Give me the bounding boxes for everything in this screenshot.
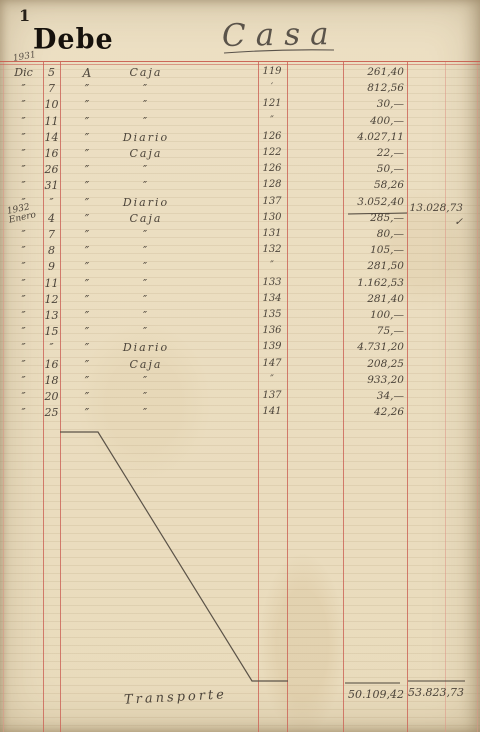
folio-cell: 139 [258,341,286,352]
account-cell: ″ [96,244,196,257]
month-cell: ″ [6,358,41,371]
folio-cell: 135 [258,309,286,320]
account-cell: ″ [96,260,196,273]
ledger-row: ″ 16 ″ Caja 122 22,— [0,147,480,163]
entry-prefix-cell: ″ [80,358,94,372]
ledger-row: ″ 7 ″ ″ ′ 812,56 [0,82,480,98]
entry-prefix-cell: ″ [80,131,94,145]
account-cell: ″ [96,115,196,128]
entry-prefix-cell: ″ [80,325,94,339]
account-cell: ″ [96,163,196,176]
folio-cell: 122 [258,147,286,158]
folio-cell: 130 [258,212,286,223]
day-cell: 7 [43,228,60,241]
ledger-row: ″ 31 ″ ″ 128 58,26 [0,179,480,195]
account-title: Casa [222,16,339,54]
amount-cell: 1.162,53 [338,277,404,289]
day-cell: 9 [43,260,60,273]
day-cell: 15 [43,325,60,338]
day-cell: 4 [43,212,60,225]
entry-prefix-cell: ″ [80,374,94,388]
amount-cell: 812,56 [338,82,404,94]
amount-cell: 75,— [338,325,404,337]
month-cell: ″ [6,244,41,257]
month-cell: ″ [6,115,41,128]
amount-cell: 80,— [338,228,404,240]
day-cell: 10 [43,98,60,111]
day-cell: 16 [43,358,60,371]
month-cell: ″ [6,147,41,160]
account-cell: Caja [96,358,196,371]
month-cell: ″ [6,260,41,273]
ledger-row: ″ 11 ″ ″ ″ 400,— [0,115,480,131]
month-cell: Dic [6,66,41,79]
ledger-row: ″ 14 ″ Diario 126 4.027,11 [0,131,480,147]
folio-cell: 134 [258,293,286,304]
entry-prefix-cell: ″ [80,196,94,210]
account-cell: Caja [96,66,196,79]
month-cell: ″ [6,163,41,176]
ledger-row: ″ 10 ″ ″ 121 30,— [0,98,480,114]
amount-cell: 100,— [338,309,404,321]
entry-prefix-cell: ″ [80,98,94,112]
amount-cell: 208,25 [338,358,404,370]
amount-cell: 105,— [338,244,404,256]
month-cell: ″ [6,341,41,354]
ledger-row: ″ ″ ″ Diario 137 3.052,40 13.028,73 [0,196,480,212]
account-cell: ″ [96,406,196,419]
account-cell: Diario [96,341,196,354]
entry-prefix-cell: ″ [80,341,94,355]
ledger-row: 1932Enero 4 ″ Caja 130 285,— ✓ [0,212,480,228]
entry-prefix-cell: ″ [80,277,94,291]
month-cell: ″ [6,390,41,403]
entry-prefix-cell: ″ [80,293,94,307]
amount-cell: 281,50 [338,260,404,272]
account-cell: ″ [96,325,196,338]
account-cell: ″ [96,82,196,95]
entry-prefix-cell: ″ [80,309,94,323]
amount-cell: 30,— [338,98,404,110]
amount-cell: 4.027,11 [338,131,404,143]
month-cell: ″ [6,82,41,95]
folio-cell: 147 [258,358,286,369]
entry-prefix-cell: ″ [80,260,94,274]
debit-header: Debe [33,23,114,56]
account-cell: ″ [96,390,196,403]
entry-prefix-cell: ″ [80,390,94,404]
month-cell: ″ [6,131,41,144]
amount-cell: 933,20 [338,374,404,386]
amount-cell: 42,26 [338,406,404,418]
amount-cell: 22,— [338,147,404,159]
header-rule-bottom [0,64,480,65]
month-cell: ″ [6,325,41,338]
day-cell: 8 [43,244,60,257]
day-cell: 31 [43,179,60,192]
account-cell: ″ [96,309,196,322]
day-cell: ″ [43,341,60,354]
day-cell: 5 [43,66,60,79]
ledger-row: ″ 13 ″ ″ 135 100,— [0,309,480,325]
account-cell: Diario [96,196,196,209]
day-cell: 11 [43,115,60,128]
day-cell: 25 [43,406,60,419]
folio-cell: 137 [258,390,286,401]
ledger-page: 1 Debe Casa 1931 Dic 5 A Caja 119 261,40… [0,0,480,732]
account-cell: Caja [96,147,196,160]
folio-cell: ′ [258,82,286,93]
month-cell: ″ [6,228,41,241]
day-cell: 14 [43,131,60,144]
entry-prefix-cell: ″ [80,147,94,161]
ledger-row: ″ 25 ″ ″ 141 42,26 [0,406,480,422]
folio-cell: ″ [258,115,286,126]
amount-cell: 50,— [338,163,404,175]
day-cell: 11 [43,277,60,290]
day-cell: 26 [43,163,60,176]
cancellation-line [60,432,288,681]
entry-prefix-cell: ″ [80,179,94,193]
day-cell: ″ [43,196,60,209]
folio-cell: ″ [258,374,286,385]
amount-cell: 58,26 [338,179,404,191]
month-cell: ″ [6,293,41,306]
ledger-row: ″ 26 ″ ″ 126 50,— [0,163,480,179]
carry-forward-total: 53.823,73 [404,686,464,699]
day-cell: 16 [43,147,60,160]
entry-prefix-cell: ″ [80,228,94,242]
folio-cell: 119 [258,66,286,77]
amount-cell: 34,— [338,390,404,402]
account-cell: ″ [96,374,196,387]
ledger-row: ″ 15 ″ ″ 136 75,— [0,325,480,341]
folio-cell: 131 [258,228,286,239]
entry-prefix-cell: ″ [80,244,94,258]
ledger-row: ″ 8 ″ ″ 132 105,— [0,244,480,260]
folio-cell: 126 [258,163,286,174]
folio-cell: ″ [258,260,286,271]
amount-cell: 400,— [338,115,404,127]
entry-prefix-cell: A [80,66,94,80]
month-cell: ″ [6,374,41,387]
ledger-row: ″ 12 ″ ″ 134 281,40 [0,293,480,309]
folio-cell: 121 [258,98,286,109]
amount-cell: 261,40 [338,66,404,78]
header-rule-top [0,61,480,62]
entry-prefix-cell: ″ [80,115,94,129]
account-cell: ″ [96,277,196,290]
month-cell: ″ [6,406,41,419]
page-number: 1 [19,6,30,25]
ledger-row: ″ 18 ″ ″ ″ 933,20 [0,374,480,390]
account-cell: ″ [96,228,196,241]
day-cell: 18 [43,374,60,387]
folio-cell: 141 [258,406,286,417]
running-total-cell: ✓ [406,216,480,228]
ledger-row: ″ 11 ″ ″ 133 1.162,53 [0,277,480,293]
entry-prefix-cell: ″ [80,406,94,420]
day-cell: 12 [43,293,60,306]
month-cell: ″ [6,277,41,290]
amount-cell: 3.052,40 [338,196,404,208]
folio-cell: 132 [258,244,286,255]
carry-forward-label: Transporte [124,687,228,707]
ledger-row: ″ 7 ″ ″ 131 80,— [0,228,480,244]
ledger-row: ″ ″ ″ Diario 139 4.731,20 [0,341,480,357]
account-cell: ″ [96,98,196,111]
carry-forward-amount: 50.109,42 [338,688,404,701]
account-cell: Caja [96,212,196,225]
folio-cell: 136 [258,325,286,336]
ledger-row: Dic 5 A Caja 119 261,40 [0,66,480,82]
month-cell: ″ [6,179,41,192]
entry-prefix-cell: ″ [80,82,94,96]
entry-prefix-cell: ″ [80,163,94,177]
amount-cell: 281,40 [338,293,404,305]
account-cell: ″ [96,179,196,192]
ledger-row: ″ 9 ″ ″ ″ 281,50 [0,260,480,276]
month-cell: ″ [6,309,41,322]
entry-prefix-cell: ″ [80,212,94,226]
amount-cell: 285,— [338,212,404,224]
folio-cell: 133 [258,277,286,288]
day-cell: 13 [43,309,60,322]
folio-cell: 128 [258,179,286,190]
ledger-row: ″ 20 ″ ″ 137 34,— [0,390,480,406]
folio-cell: 137 [258,196,286,207]
account-cell: ″ [96,293,196,306]
folio-cell: 126 [258,131,286,142]
day-cell: 7 [43,82,60,95]
ledger-row: ″ 16 ″ Caja 147 208,25 [0,358,480,374]
amount-cell: 4.731,20 [338,341,404,353]
day-cell: 20 [43,390,60,403]
account-cell: Diario [96,131,196,144]
month-cell: ″ [6,98,41,111]
